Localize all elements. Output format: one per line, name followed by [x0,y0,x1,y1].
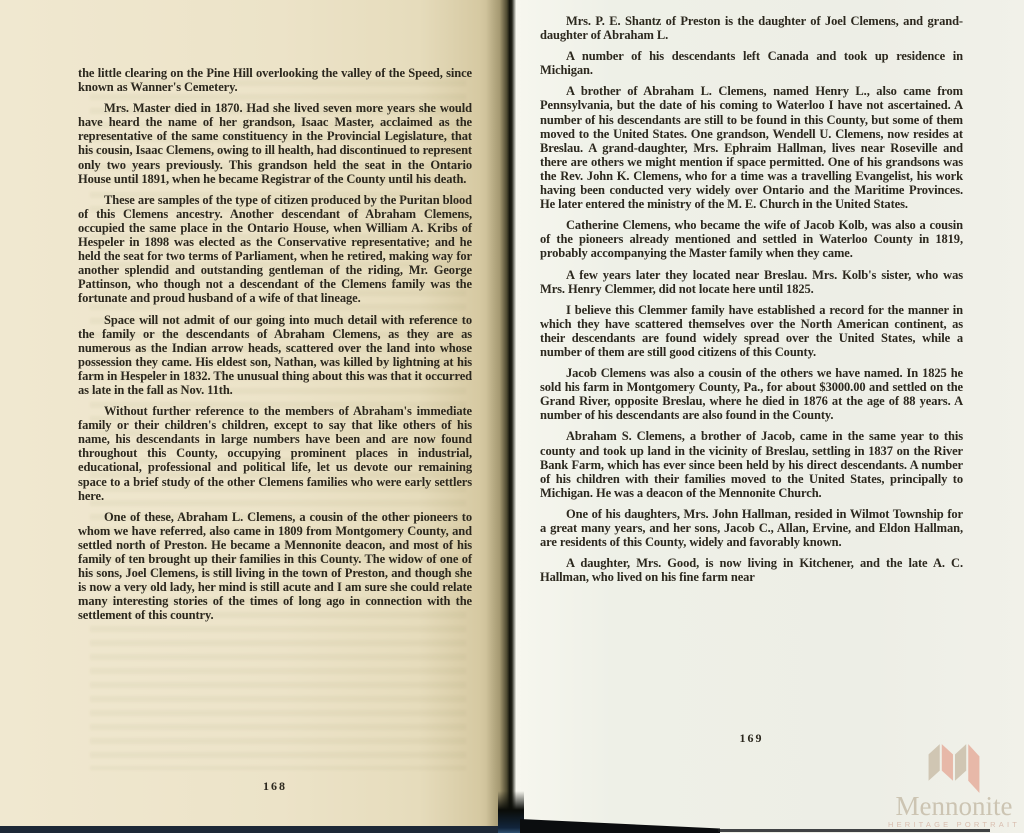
paragraph: A daughter, Mrs. Good, is now living in … [540,556,963,584]
paragraph: A few years later they located near Bres… [540,268,963,296]
paragraph: I believe this Clemmer family have estab… [540,303,963,359]
paragraph: Abraham S. Clemens, a brother of Jacob, … [540,429,963,499]
paragraph: Mrs. Master died in 1870. Had she lived … [78,101,472,186]
bottom-edge-line [718,829,990,832]
paragraph: These are samples of the type of citizen… [78,193,472,306]
right-page-number: 169 [540,731,963,746]
bottom-edge-left [0,826,500,833]
paragraph: Jacob Clemens was also a cousin of the o… [540,366,963,422]
left-page-text: the little clearing on the Pine Hill ove… [78,66,472,629]
paragraph: Catherine Clemens, who became the wife o… [540,218,963,260]
paragraph: Mrs. P. E. Shantz of Preston is the daug… [540,14,963,42]
paragraph: One of his daughters, Mrs. John Hallman,… [540,507,963,549]
book-gutter-shadow [486,0,522,833]
paragraph: A brother of Abraham L. Clemens, named H… [540,84,963,211]
book-spread: the little clearing on the Pine Hill ove… [0,0,1024,833]
paragraph: Without further reference to the members… [78,404,472,503]
paragraph: A number of his descendants left Canada … [540,49,963,77]
left-page-number: 168 [78,779,472,794]
paragraph: Space will not admit of our going into m… [78,313,472,398]
paragraph: One of these, Abraham L. Clemens, a cous… [78,510,472,623]
right-page-text: Mrs. P. E. Shantz of Preston is the daug… [540,14,963,591]
paragraph: the little clearing on the Pine Hill ove… [78,66,472,94]
